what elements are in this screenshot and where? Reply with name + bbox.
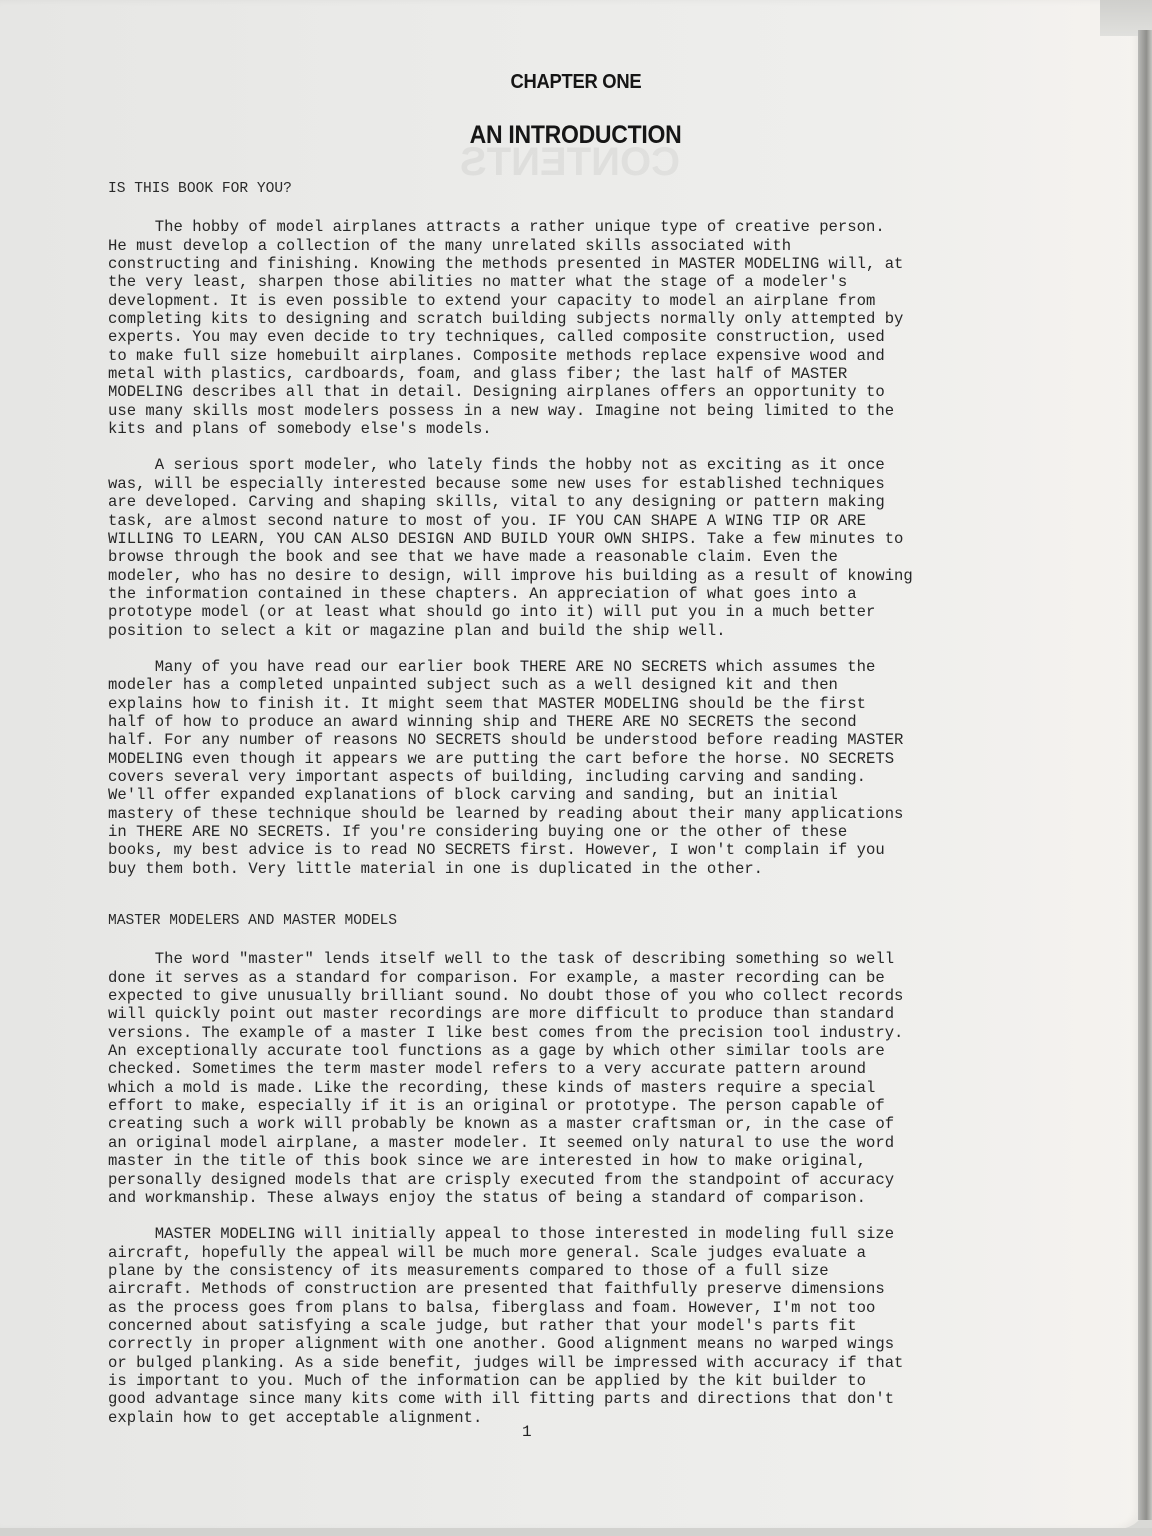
book-spine-edge [1138,30,1152,1520]
text-line: to make full size homebuilt airplanes. C… [108,347,1058,365]
page-number: 1 [522,1423,532,1441]
text-line: master in the title of this book since w… [108,1152,1058,1170]
text-line: and workmanship. These always enjoy the … [108,1189,1058,1207]
text-line: buy them both. Very little material in o… [108,860,1058,878]
text-line: which a mold is made. Like the recording… [108,1079,1058,1097]
paragraph: The word "master" lends itself well to t… [108,950,1058,1207]
text-line: explains how to finish it. It might seem… [108,695,1058,713]
chapter-title: AN INTRODUCTION [46,121,1106,150]
text-line: MODELING describes all that in detail. D… [108,383,1058,401]
text-line: plane by the consistency of its measurem… [108,1262,1058,1280]
text-line: books, my best advice is to read NO SECR… [108,841,1058,859]
text-line: use many skills most modelers possess in… [108,402,1058,420]
text-line: development. It is even possible to exte… [108,292,1058,310]
text-line: modeler, who has no desire to design, wi… [108,567,1058,585]
book-page: CONTENTS CHAPTER ONE AN INTRODUCTION IS … [0,0,1142,1530]
text-line: modeler has a completed unpainted subjec… [108,676,1058,694]
text-line: constructing and finishing. Knowing the … [108,255,1058,273]
text-line: will quickly point out master recordings… [108,1005,1058,1023]
text-line: completing kits to designing and scratch… [108,310,1058,328]
section-heading: IS THIS BOOK FOR YOU? [108,180,1058,198]
section-heading: MASTER MODELERS AND MASTER MODELS [108,912,1058,930]
text-line: aircraft, hopefully the appeal will be m… [108,1244,1058,1262]
text-line: A serious sport modeler, who lately find… [108,456,1058,474]
text-line: experts. You may even decide to try tech… [108,328,1058,346]
text-line: is important to you. Much of the informa… [108,1372,1058,1390]
text-line: task, are almost second nature to most o… [108,512,1058,530]
text-line: browse through the book and see that we … [108,548,1058,566]
text-line: mastery of these technique should be lea… [108,805,1058,823]
paragraph: The hobby of model airplanes attracts a … [108,218,1058,438]
text-line: half. For any number of reasons NO SECRE… [108,731,1058,749]
text-line: Many of you have read our earlier book T… [108,658,1058,676]
text-line: the information contained in these chapt… [108,585,1058,603]
text-line: metal with plastics, cardboards, foam, a… [108,365,1058,383]
text-line: position to select a kit or magazine pla… [108,622,1058,640]
text-line: kits and plans of somebody else's models… [108,420,1058,438]
paragraph: Many of you have read our earlier book T… [108,658,1058,878]
text-line: The hobby of model airplanes attracts a … [108,218,1058,236]
paragraph: MASTER MODELING will initially appeal to… [108,1225,1058,1427]
section-is-this-book-for-you: IS THIS BOOK FOR YOU? The hobby of model… [108,180,1058,878]
paragraph: A serious sport modeler, who lately find… [108,456,1058,639]
text-line: WILLING TO LEARN, YOU CAN ALSO DESIGN AN… [108,530,1058,548]
text-line: or bulged planking. As a side benefit, j… [108,1354,1058,1372]
text-line: an original model airplane, a master mod… [108,1134,1058,1152]
text-line: done it serves as a standard for compari… [108,969,1058,987]
page-bottom-shadow [0,1528,1152,1536]
text-line: MASTER MODELING will initially appeal to… [108,1225,1058,1243]
text-line: correctly in proper alignment with one a… [108,1335,1058,1353]
text-line: We'll offer expanded explanations of blo… [108,786,1058,804]
text-line: half of how to produce an award winning … [108,713,1058,731]
text-line: checked. Sometimes the term master model… [108,1060,1058,1078]
text-line: the very least, sharpen those abilities … [108,273,1058,291]
chapter-label: CHAPTER ONE [46,71,1106,94]
text-line: explain how to get acceptable alignment. [108,1409,1058,1427]
text-line: effort to make, especially if it is an o… [108,1097,1058,1115]
text-line: An exceptionally accurate tool functions… [108,1042,1058,1060]
text-line: are developed. Carving and shaping skill… [108,493,1058,511]
text-line: in THERE ARE NO SECRETS. If you're consi… [108,823,1058,841]
text-line: personally designed models that are cris… [108,1171,1058,1189]
text-line: good advantage since many kits come with… [108,1390,1058,1408]
body-text: IS THIS BOOK FOR YOU? The hobby of model… [108,180,1058,1427]
text-line: MODELING even though it appears we are p… [108,750,1058,768]
section-master-modelers-and-master-models: MASTER MODELERS AND MASTER MODELS The wo… [108,912,1058,1427]
text-line: prototype model (or at least what should… [108,603,1058,621]
text-line: covers several very important aspects of… [108,768,1058,786]
text-line: versions. The example of a master I like… [108,1024,1058,1042]
text-line: creating such a work will probably be kn… [108,1115,1058,1133]
text-line: aircraft. Methods of construction are pr… [108,1280,1058,1298]
text-line: as the process goes from plans to balsa,… [108,1299,1058,1317]
text-line: was, will be especially interested becau… [108,475,1058,493]
text-line: He must develop a collection of the many… [108,237,1058,255]
text-line: The word "master" lends itself well to t… [108,950,1058,968]
text-line: expected to give unusually brilliant sou… [108,987,1058,1005]
text-line: concerned about satisfying a scale judge… [108,1317,1058,1335]
